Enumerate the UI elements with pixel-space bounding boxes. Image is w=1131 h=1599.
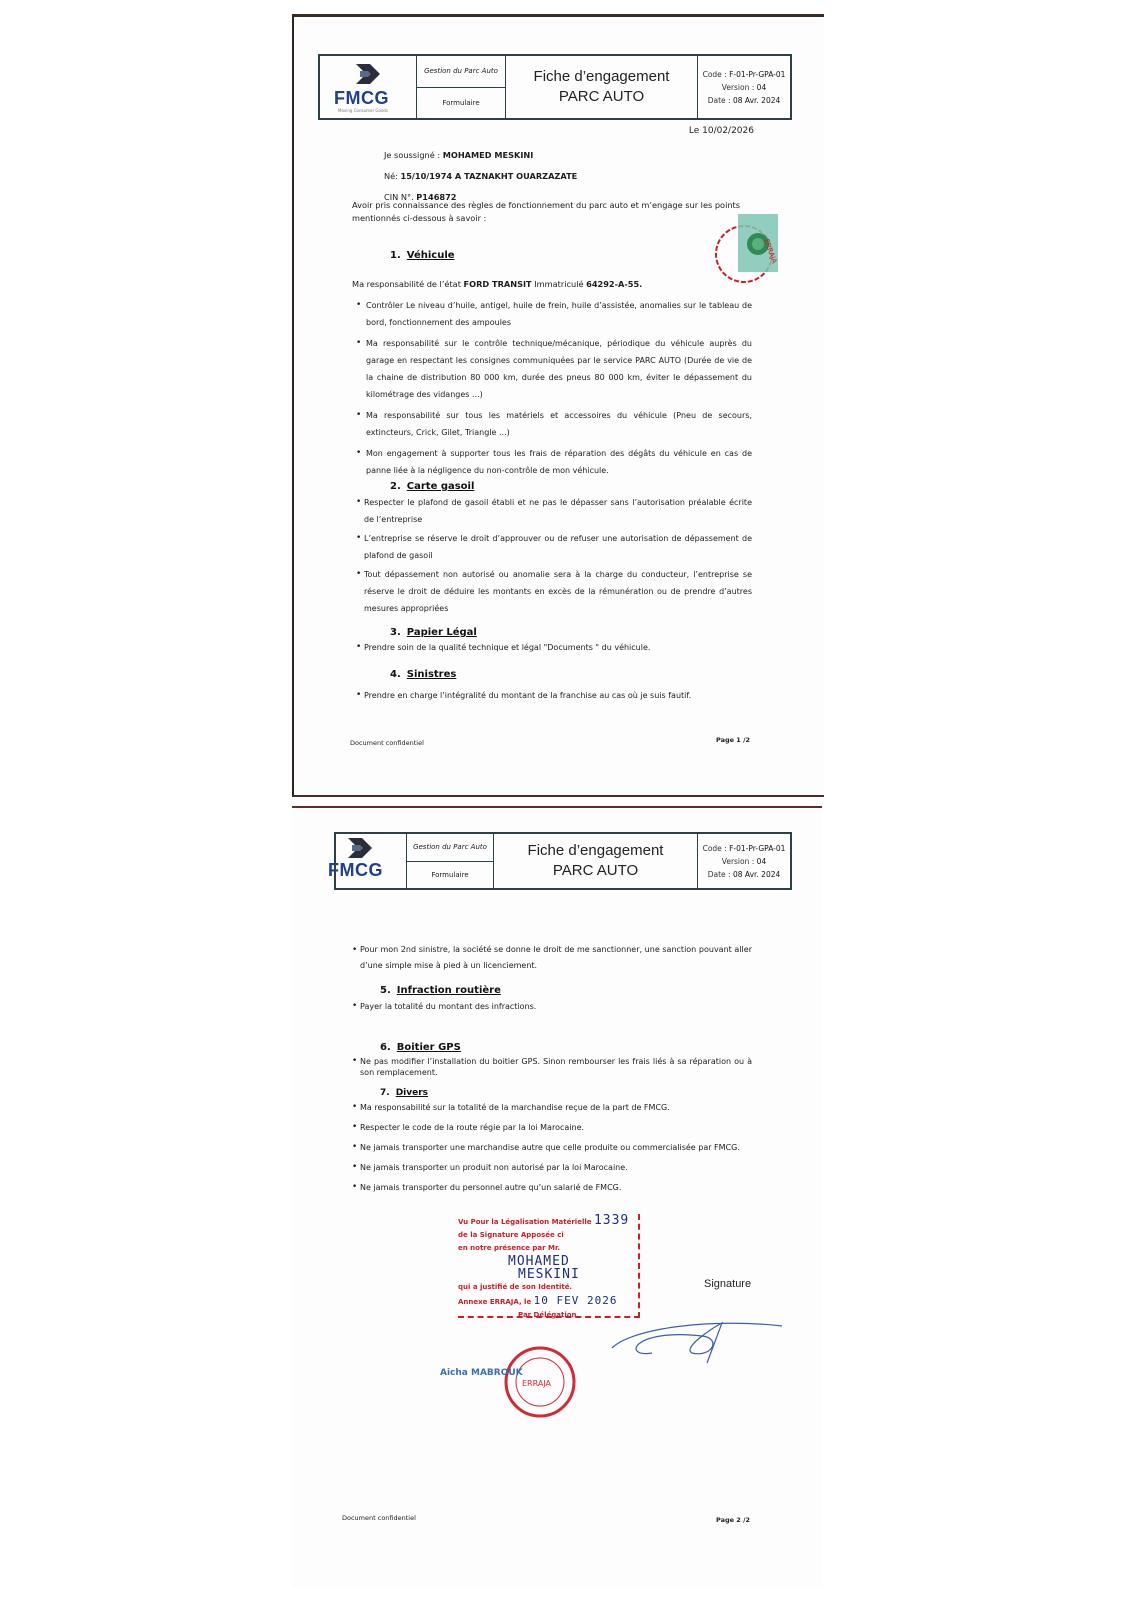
signature-scribble-icon — [592, 1308, 792, 1368]
section-1-lead: Ma responsabilité de l’état FORD TRANSIT… — [352, 276, 642, 292]
section-1-list: Contrôler Le niveau d’huile, antigel, hu… — [352, 297, 752, 479]
page-1: FMCG Moving Consumer Goods Gestion du Pa… — [292, 14, 824, 797]
version-row: Version : 04 — [722, 81, 766, 94]
list-item: Ma responsabilité sur le contrôle techni… — [352, 335, 752, 403]
section-2-list: Respecter le plafond de gasoil établi et… — [356, 494, 752, 617]
document-title: Fiche d’engagement PARC AUTO — [506, 56, 698, 118]
title-line-2: PARC AUTO — [559, 87, 644, 107]
code-row: Code : F-01-Pr-GPA-01 — [703, 842, 786, 855]
list-item: Ne jamais transporter du personnel autre… — [352, 1182, 752, 1193]
logo-text: FMCG — [328, 860, 383, 881]
list-item: Prendre en charge l’intégralité du monta… — [356, 688, 752, 703]
section-1-heading: 1.Véhicule — [390, 250, 455, 261]
department-label: Gestion du Parc Auto — [417, 56, 505, 88]
stamp-line-4: qui a justifié de son Identité. — [458, 1281, 638, 1294]
doc-type-label: Formulaire — [407, 862, 493, 889]
name-line: Je soussigné : MOHAMED MESKINI — [384, 145, 577, 166]
list-item: Ma responsabilité sur tous les matériels… — [352, 407, 752, 441]
list-item: Ma responsabilité sur la totalité de la … — [352, 1102, 752, 1113]
section-5-list: Payer la totalité du montant des infract… — [352, 999, 752, 1014]
signature-label: Signature — [704, 1278, 751, 1290]
document-header: FMCG Moving Consumer Goods Gestion du Pa… — [318, 54, 792, 120]
section-7-heading: 7.Divers — [380, 1088, 428, 1098]
section-5-heading: 5.Infraction routière — [380, 985, 501, 996]
fiscal-stamp-icon: ERRAJA — [714, 210, 784, 290]
notary-name: Aicha MABROUK — [440, 1368, 523, 1378]
stamp-line-1: Vu Pour la Légalisation Matérielle 1339 — [458, 1214, 638, 1229]
list-item: Prendre soin de la qualité technique et … — [356, 640, 752, 655]
doc-type-label: Formulaire — [417, 88, 505, 119]
official-round-stamp-icon: ERRAJA — [502, 1344, 578, 1420]
birth-line: Né: 15/10/1974 A TAZNAKHT OUARZAZATE — [384, 166, 577, 187]
list-item: Contrôler Le niveau d’huile, antigel, hu… — [352, 297, 752, 331]
header-category: Gestion du Parc Auto Formulaire — [417, 56, 506, 118]
logo-text: FMCG — [334, 88, 389, 109]
list-item: Ne jamais transporter une marchandise au… — [352, 1142, 752, 1153]
section-3-heading: 3.Papier Légal — [390, 627, 477, 638]
footer-confidential: Document confidentiel — [350, 739, 424, 747]
section-6-list: Ne pas modifier l’installation du boitie… — [352, 1056, 752, 1078]
logo-arrow-icon — [346, 836, 376, 860]
legalization-stamp: Vu Pour la Légalisation Matérielle 1339 … — [458, 1214, 640, 1318]
header-category: Gestion du Parc Auto Formulaire — [407, 834, 494, 888]
company-logo: FMCG Moving Consumer Goods — [320, 56, 417, 118]
list-item: Tout dépassement non autorisé ou anomali… — [356, 566, 752, 617]
section-4-heading: 4.Sinistres — [390, 669, 456, 680]
logo-arrow-icon — [354, 62, 384, 86]
stamp-line-5: Annexe ERRAJA, le 10 FEV 2026 — [458, 1294, 638, 1309]
list-item: Mon engagement à supporter tous les frai… — [352, 445, 752, 479]
section-3-list: Prendre soin de la qualité technique et … — [356, 640, 752, 655]
document-header: FMCG Gestion du Parc Auto Formulaire Fic… — [334, 832, 792, 890]
intro-paragraph: Avoir pris connaissance des règles de fo… — [352, 199, 770, 225]
list-item: Pour mon 2nd sinistre, la société se don… — [352, 942, 752, 974]
title-line-1: Fiche d’engagement — [534, 67, 670, 87]
list-item: Payer la totalité du montant des infract… — [352, 999, 752, 1014]
stamp-hand-last-name: MESKINI — [458, 1268, 638, 1281]
section-4-list: Prendre en charge l’intégralité du monta… — [356, 688, 752, 703]
list-item: L’entreprise se réserve le droit d’appro… — [356, 530, 752, 564]
svg-text:ERRAJA: ERRAJA — [522, 1379, 552, 1388]
date-row: Date : 08 Avr. 2024 — [708, 868, 781, 881]
stamp-line-2: de la Signature Apposée ci — [458, 1229, 638, 1242]
footer-confidential: Document confidentiel — [342, 1514, 416, 1522]
page-2: FMCG Gestion du Parc Auto Formulaire Fic… — [292, 806, 822, 1588]
version-row: Version : 04 — [722, 855, 766, 868]
section-2-heading: 2.Carte gasoil — [390, 481, 474, 492]
code-row: Code : F-01-Pr-GPA-01 — [703, 68, 786, 81]
sinistre-continuation-list: Pour mon 2nd sinistre, la société se don… — [352, 942, 752, 974]
page-number: Page 2 /2 — [716, 1516, 750, 1524]
list-item: Ne jamais transporter un produit non aut… — [352, 1162, 752, 1173]
department-label: Gestion du Parc Auto — [407, 834, 493, 862]
logo-tagline: Moving Consumer Goods — [338, 108, 388, 113]
document-date: Le 10/02/2026 — [689, 126, 754, 136]
list-item: Ne pas modifier l’installation du boitie… — [352, 1056, 752, 1078]
page-number: Page 1 /2 — [716, 736, 750, 744]
title-line-1: Fiche d’engagement — [528, 841, 664, 861]
list-item: Respecter le code de la route régie par … — [352, 1122, 752, 1133]
section-6-heading: 6.Boitier GPS — [380, 1042, 461, 1053]
date-row: Date : 08 Avr. 2024 — [708, 94, 781, 107]
company-logo: FMCG — [336, 834, 407, 888]
document-title: Fiche d’engagement PARC AUTO — [494, 834, 698, 888]
list-item: Respecter le plafond de gasoil établi et… — [356, 494, 752, 528]
section-7-list: Ma responsabilité sur la totalité de la … — [352, 1102, 752, 1193]
document-meta: Code : F-01-Pr-GPA-01 Version : 04 Date … — [698, 56, 790, 118]
document-meta: Code : F-01-Pr-GPA-01 Version : 04 Date … — [698, 834, 790, 888]
title-line-2: PARC AUTO — [553, 861, 638, 881]
